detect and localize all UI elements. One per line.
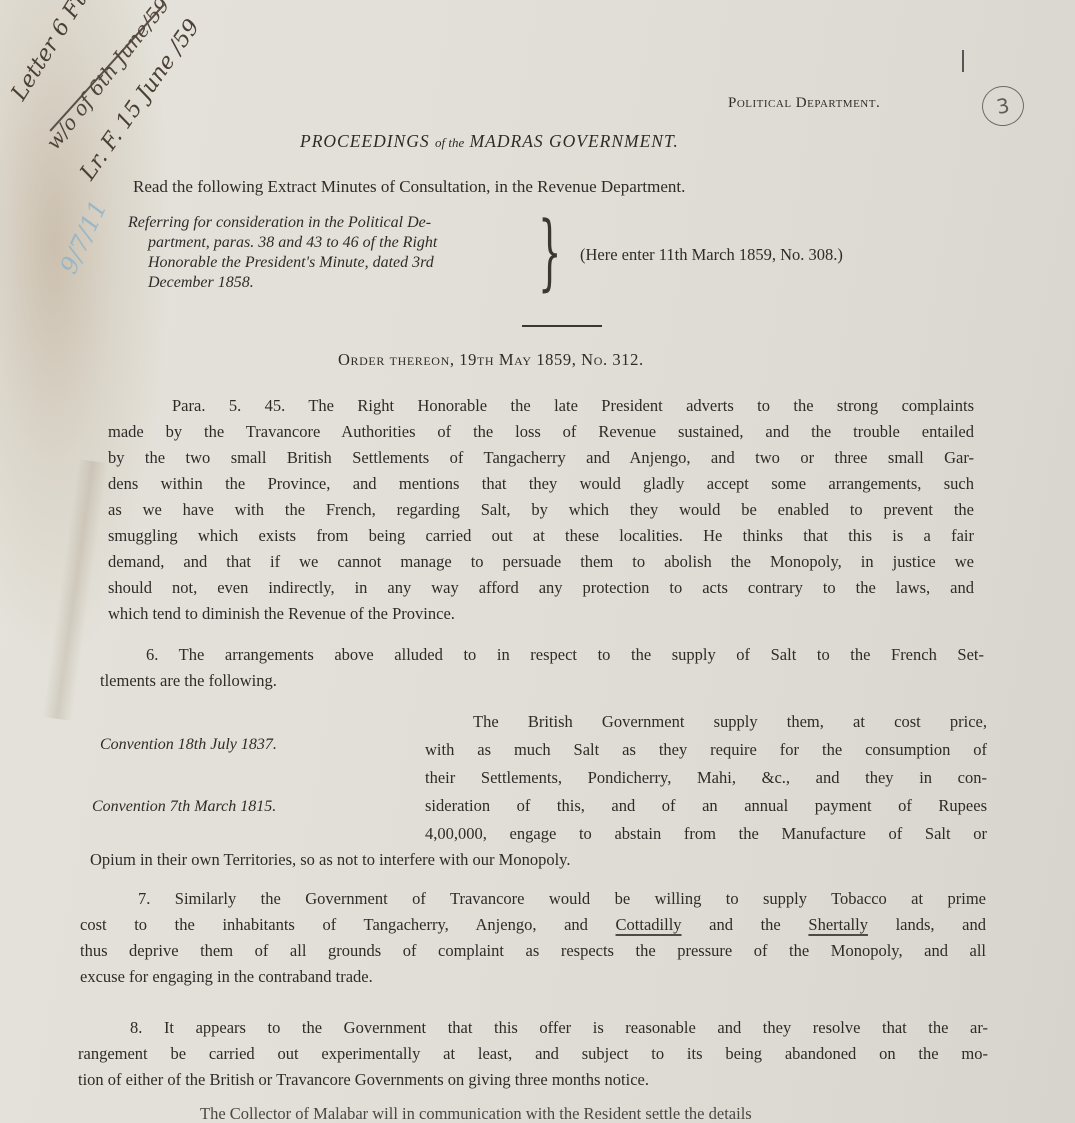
title-madras-government: MADRAS GOVERNMENT. [470, 131, 679, 151]
para-line: which tend to diminish the Revenue of th… [108, 601, 974, 627]
text-span: and the [682, 915, 809, 934]
para-line: 6. The arrangements above alluded to in … [100, 642, 984, 668]
reference-line: Honorable the President's Minute, dated … [128, 253, 437, 273]
para-line: should not, even indirectly, in any way … [108, 575, 974, 601]
department-header: Political Department. [728, 95, 880, 112]
title-of-the: of the [435, 135, 464, 150]
para-line: tion of either of the British or Travanc… [78, 1067, 988, 1093]
para-line: dens within the Province, and mentions t… [108, 471, 974, 497]
para-line: tlements are the following. [100, 668, 984, 694]
para-line: demand, and that if we cannot manage to … [108, 549, 974, 575]
para-line: as we have with the French, regarding Sa… [108, 497, 974, 523]
para-line: 8. It appears to the Government that thi… [78, 1015, 988, 1041]
para-line: their Settlements, Pondicherry, Mahi, &c… [425, 764, 987, 792]
paragraph-5: Para. 5. 45. The Right Honorable the lat… [108, 393, 974, 627]
margin-note-convention-1837: Convention 18th July 1837. [100, 736, 277, 754]
paragraph-6: 6. The arrangements above alluded to in … [100, 642, 984, 694]
circled-page-number: 3 [979, 83, 1027, 130]
para-line: rangement be carried out experimentally … [78, 1041, 988, 1067]
paragraph-9-partial: The Collector of Malabar will in communi… [200, 1104, 752, 1123]
text-span: cost to the inhabitants of Tangacherry, … [80, 915, 616, 934]
margin-note-convention-1815: Convention 7th March 1815. [92, 798, 276, 816]
para-line: cost to the inhabitants of Tangacherry, … [80, 912, 986, 938]
paragraph-8: 8. It appears to the Government that thi… [78, 1015, 988, 1093]
handwritten-note-blue: 9/7/11 [55, 196, 113, 278]
opium-line: Opium in their own Territories, so as no… [90, 850, 570, 870]
underlined-place-shertally: Shertally [808, 915, 868, 934]
curly-brace: } [538, 212, 561, 294]
british-supply-block: The British Government supply them, at c… [425, 708, 987, 848]
para-line: 4,00,000, engage to abstain from the Man… [425, 820, 987, 848]
para-line: 7. Similarly the Government of Travancor… [80, 886, 986, 912]
para-line: The British Government supply them, at c… [425, 708, 987, 736]
order-heading: Order thereon, 19th May 1859, No. 312. [338, 350, 644, 370]
para-line: by the two small British Settlements of … [108, 445, 974, 471]
title-proceedings: PROCEEDINGS [300, 131, 430, 151]
pencil-tick-mark [962, 50, 964, 72]
read-line: Read the following Extract Minutes of Co… [133, 177, 685, 197]
department-header-text: Political Department. [728, 95, 880, 111]
para-line: thus deprive them of all grounds of comp… [80, 938, 986, 964]
para-line: sideration of this, and of an annual pay… [425, 792, 987, 820]
reference-block: Referring for consideration in the Polit… [128, 213, 437, 293]
underlined-place-cottadilly: Cottadilly [616, 915, 682, 934]
para-line: smuggling which exists from being carrie… [108, 523, 974, 549]
reference-line: Referring for consideration in the Polit… [128, 213, 437, 233]
paragraph-7: 7. Similarly the Government of Travancor… [80, 886, 986, 990]
para-line: made by the Travancore Authorities of th… [108, 419, 974, 445]
para-line: with as much Salt as they require for th… [425, 736, 987, 764]
text-span: lands, and [868, 915, 986, 934]
section-divider [522, 325, 602, 327]
order-heading-text: Order thereon, 19th May 1859, No. 312. [338, 350, 644, 369]
entry-note: (Here enter 11th March 1859, No. 308.) [580, 245, 843, 265]
reference-line: partment, paras. 38 and 43 to 46 of the … [128, 233, 437, 253]
paper-streak [42, 459, 108, 721]
para-line: excuse for engaging in the contraband tr… [80, 964, 986, 990]
page-title: PROCEEDINGS of the MADRAS GOVERNMENT. [300, 131, 679, 152]
para-line: Para. 5. 45. The Right Honorable the lat… [108, 393, 974, 419]
reference-line: December 1858. [128, 273, 437, 293]
